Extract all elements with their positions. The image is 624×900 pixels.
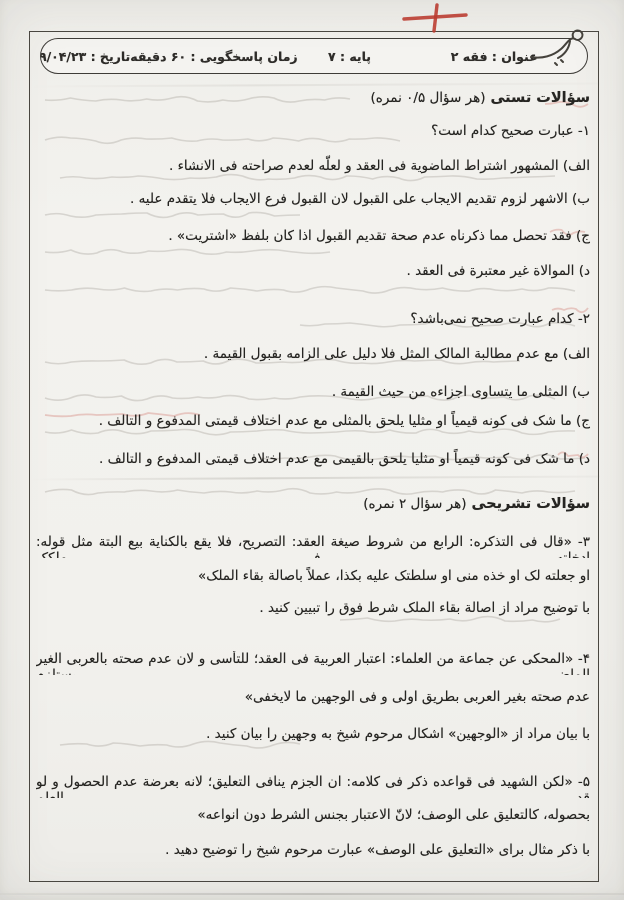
section-essay-note: (هر سؤال ۲ نمره) (363, 496, 466, 512)
question-2-option-b: ب) المثلی ما یتساوی اجزاءه من حیث القیمة… (36, 384, 590, 408)
question-2-option-d: د) ما شک فی کونه قیمیاً او مثلیا یلحق با… (36, 451, 590, 475)
section-essay-title: سؤالات تشریحی (471, 496, 590, 512)
question-5-quote-line-1: ۵- «لکن الشهید فی قواعده ذکر فی کلامه: ا… (36, 774, 590, 798)
grading-cross-icon (400, 2, 472, 34)
section-test-heading: سؤالات تستی(هر سؤال ۰/۵ نمره) (36, 90, 590, 114)
question-1-option-b: ب) الاشهر لزوم تقدیم الایجاب علی القبول … (36, 191, 590, 215)
header-date-label: تاریخ : ۱۳۸۹/۰۴/۲۳ (40, 49, 130, 64)
section-test-note: (هر سؤال ۰/۵ نمره) (370, 90, 485, 106)
header-title-label: عنوان : فقه ۲ (451, 49, 538, 64)
header-box: عنوان : فقه ۲ پایه : ۷ زمان پاسخگویی : ۶… (40, 38, 588, 74)
section-essay-heading: سؤالات تشریحی(هر سؤال ۲ نمره) (36, 496, 590, 520)
header-field-date: تاریخ : ۱۳۸۹/۰۴/۲۳ (40, 39, 130, 73)
question-1: ۱- عبارت صحیح کدام است؟ (36, 123, 590, 147)
header-grade-label: پایه : ۷ (328, 49, 371, 64)
question-3-prompt: با توضیح مراد از اصالة بقاء الملک شرط فو… (36, 600, 590, 624)
header-field-time: زمان پاسخگویی : ۶۰ دقیقه (130, 39, 297, 73)
scan-edge-shadow (0, 893, 624, 895)
header-field-title: عنوان : فقه ۲ (401, 39, 587, 73)
question-4-quote-line-1: ۴- «المحکی عن جماعة من العلماء: اعتبار ا… (36, 651, 590, 675)
question-1-option-d: د) الموالاة غیر معتبرة فی العقد . (36, 263, 590, 287)
question-5-quote-line-2: بحصوله، کالتعلیق علی الوصف؛ لانّ الاعتبا… (36, 807, 590, 831)
question-1-option-a: الف) المشهور اشتراط الماضویة فی العقد و … (36, 158, 590, 182)
question-4-quote-line-2: عدم صحته بغیر العربی بطریق اولی و فی الو… (36, 689, 590, 713)
header-field-grade: پایه : ۷ (298, 39, 402, 73)
question-2: ۲- کدام عبارت صحیح نمی‌باشد؟ (36, 311, 590, 335)
question-5-prompt: با ذکر مثال برای «التعلیق علی الوصف» عبا… (36, 842, 590, 866)
question-2-option-a: الف) مع عدم مطالبة المالک المثل فلا دلیل… (36, 346, 590, 370)
scanned-exam-page: عنوان : فقه ۲ پایه : ۷ زمان پاسخگویی : ۶… (0, 0, 624, 900)
question-1-option-c: ج) فقد تحصل مما ذکرناه عدم صحة تقدیم الق… (36, 228, 590, 252)
question-2-option-c: ج) ما شک فی کونه قیمیاً او مثلیا یلحق با… (36, 413, 590, 437)
question-4-prompt: با بیان مراد از «الوجهین» اشکال مرحوم شی… (36, 726, 590, 750)
question-3-quote-line-2: او جعلته لک او خذه منی او سلطتک علیه بکذ… (36, 568, 590, 592)
question-3-quote-line-1: ۳- «قال فی التذکره: الرابع من شروط صیغة … (36, 534, 590, 558)
header-time-label: زمان پاسخگویی : ۶۰ دقیقه (130, 49, 297, 64)
section-test-title: سؤالات تستی (490, 90, 590, 106)
